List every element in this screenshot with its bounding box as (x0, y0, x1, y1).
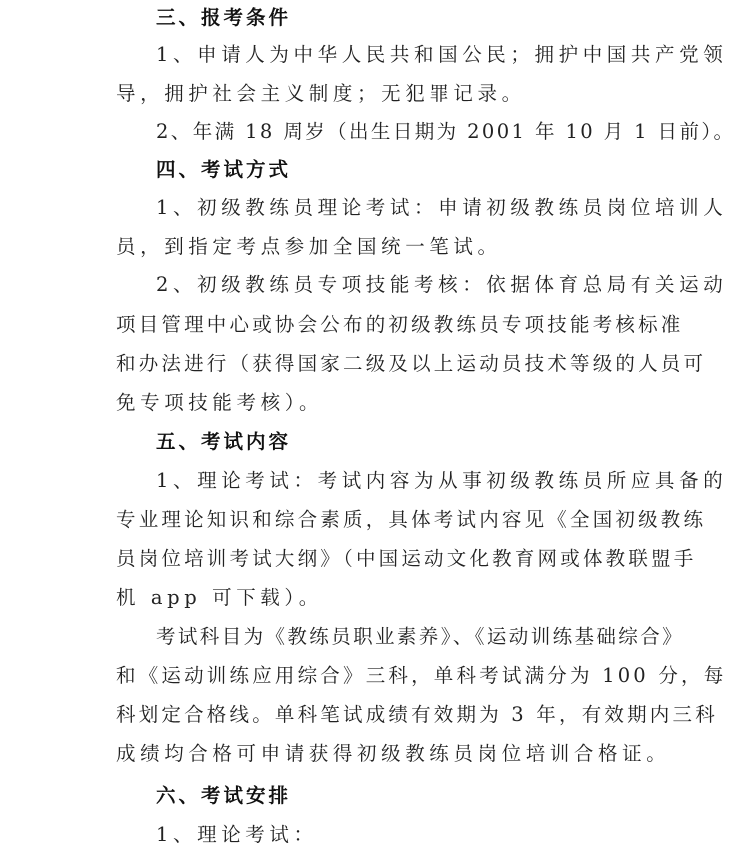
document-page: 三、报考条件 1、申请人为中华人民共和国公民；拥护中国共产党领 导，拥护社会主义… (0, 0, 750, 856)
paragraph-line: 1、初级教练员理论考试：申请初级教练员岗位培训人 (156, 196, 680, 220)
section-heading-eligibility: 三、报考条件 (156, 6, 680, 30)
paragraph-line: 员，到指定考点参加全国统一笔试。 (116, 235, 640, 259)
paragraph-line: 2、年满 18 周岁（出生日期为 2001 年 10 月 1 日前）。 (156, 120, 680, 144)
paragraph-line: 1、申请人为中华人民共和国公民；拥护中国共产党领 (156, 43, 680, 67)
paragraph-line: 项目管理中心或协会公布的初级教练员专项技能考核标准 (116, 313, 640, 337)
paragraph-line: 2、初级教练员专项技能考核：依据体育总局有关运动 (156, 273, 680, 297)
paragraph-line: 专业理论知识和综合素质，具体考试内容见《全国初级教练 (116, 508, 640, 532)
paragraph-line: 导，拥护社会主义制度；无犯罪记录。 (116, 82, 640, 106)
paragraph-line: 成绩均合格可申请获得初级教练员岗位培训合格证。 (116, 742, 640, 766)
paragraph-line: 机 app 可下载）。 (116, 586, 640, 610)
paragraph-line: 免专项技能考核）。 (116, 391, 640, 415)
section-heading-exam-method: 四、考试方式 (156, 158, 680, 182)
paragraph-line: 1、理论考试：考试内容为从事初级教练员所应具备的 (156, 469, 680, 493)
paragraph-line: 考试科目为《教练员职业素养》、《运动训练基础综合》 (156, 625, 680, 649)
section-heading-exam-schedule: 六、考试安排 (156, 784, 680, 808)
paragraph-line: 和办法进行（获得国家二级及以上运动员技术等级的人员可 (116, 352, 640, 376)
paragraph-line: 科划定合格线。单科笔试成绩有效期为 3 年，有效期内三科 (116, 703, 640, 727)
paragraph-line: 1、理论考试： (156, 823, 680, 847)
section-heading-exam-content: 五、考试内容 (156, 430, 680, 454)
paragraph-line: 员岗位培训考试大纲》（中国运动文化教育网或体教联盟手 (116, 547, 640, 571)
paragraph-line: 和《运动训练应用综合》三科，单科考试满分为 100 分，每 (116, 664, 640, 688)
